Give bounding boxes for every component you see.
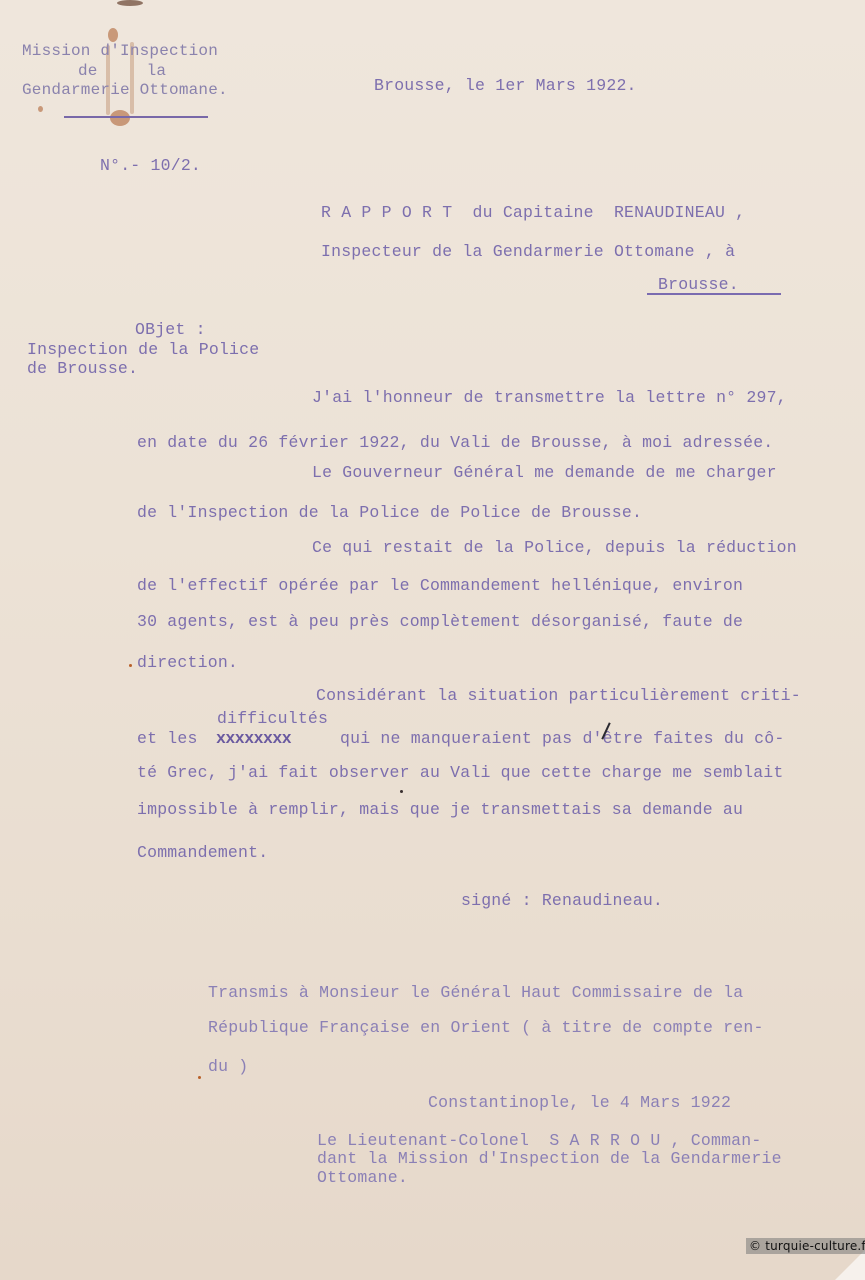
report-title-line1: R A P P O R T du Capitaine RENAUDINEAU ,	[321, 205, 745, 222]
ink-dot	[400, 790, 403, 793]
title-underline	[647, 293, 781, 295]
transmittal-line: République Française en Orient ( à titre…	[208, 1020, 764, 1037]
body-line: direction.	[137, 655, 238, 672]
body-line: Commandement.	[137, 845, 268, 862]
transmittal-place-date: Constantinople, le 4 Mars 1922	[428, 1095, 731, 1112]
transmittal-line: du )	[208, 1059, 248, 1076]
transmittal-line: Transmis à Monsieur le Général Haut Comm…	[208, 985, 743, 1002]
body-line: qui ne manqueraient pas d'être faites du…	[340, 731, 784, 748]
signer-line: Ottomane.	[317, 1170, 408, 1187]
body-line: en date du 26 février 1922, du Vali de B…	[137, 435, 773, 452]
body-line: té Grec, j'ai fait observer au Vali que …	[137, 765, 784, 782]
place-date: Brousse, le 1er Mars 1922.	[374, 78, 637, 95]
body-line: et les	[137, 731, 198, 748]
body-line: 30 agents, est à peu près complètement d…	[137, 614, 743, 631]
letterhead-line2: de la	[78, 63, 166, 79]
body-line: impossible à remplir, mais que je transm…	[137, 802, 743, 819]
rust-stain	[117, 0, 143, 6]
signer-line: Le Lieutenant-Colonel S A R R O U , Comm…	[317, 1133, 761, 1150]
letterhead-line3: Gendarmerie Ottomane.	[22, 82, 228, 98]
page-corner-fold	[835, 1250, 865, 1280]
rust-stain	[108, 28, 118, 42]
signer-line: dant la Mission d'Inspection de la Genda…	[317, 1151, 782, 1168]
copyright-watermark: © turquie-culture.fr	[746, 1238, 865, 1254]
letterhead-line1: Mission d'Inspection	[22, 43, 218, 59]
document-page: Mission d'Inspection de la Gendarmerie O…	[0, 0, 865, 1280]
subject-label: OBjet :	[135, 322, 206, 339]
letterhead-underline	[64, 116, 208, 118]
ink-dot	[129, 664, 132, 667]
report-title-line2: Inspecteur de la Gendarmerie Ottomane , …	[321, 244, 735, 261]
reference-number: N°.- 10/2.	[100, 158, 201, 175]
ink-dot	[198, 1076, 201, 1079]
body-line: de l'effectif opérée par le Commandement…	[137, 578, 743, 595]
handwritten-correction: difficultés	[217, 711, 328, 728]
subject-line1: Inspection de la Police	[27, 342, 259, 359]
body-line: Considérant la situation particulièremen…	[316, 688, 801, 705]
body-line: Ce qui restait de la Police, depuis la r…	[312, 540, 797, 557]
body-line: J'ai l'honneur de transmettre la lettre …	[312, 390, 787, 407]
rust-stain	[38, 106, 43, 112]
subject-line2: de Brousse.	[27, 361, 138, 378]
signature: signé : Renaudineau.	[461, 893, 663, 910]
struck-out-word: xxxxxxxx	[216, 731, 291, 748]
report-title-line3: Brousse.	[658, 277, 739, 294]
rust-stain	[110, 110, 130, 126]
body-line: Le Gouverneur Général me demande de me c…	[312, 465, 777, 482]
body-line: de l'Inspection de la Police de Police d…	[137, 505, 642, 522]
